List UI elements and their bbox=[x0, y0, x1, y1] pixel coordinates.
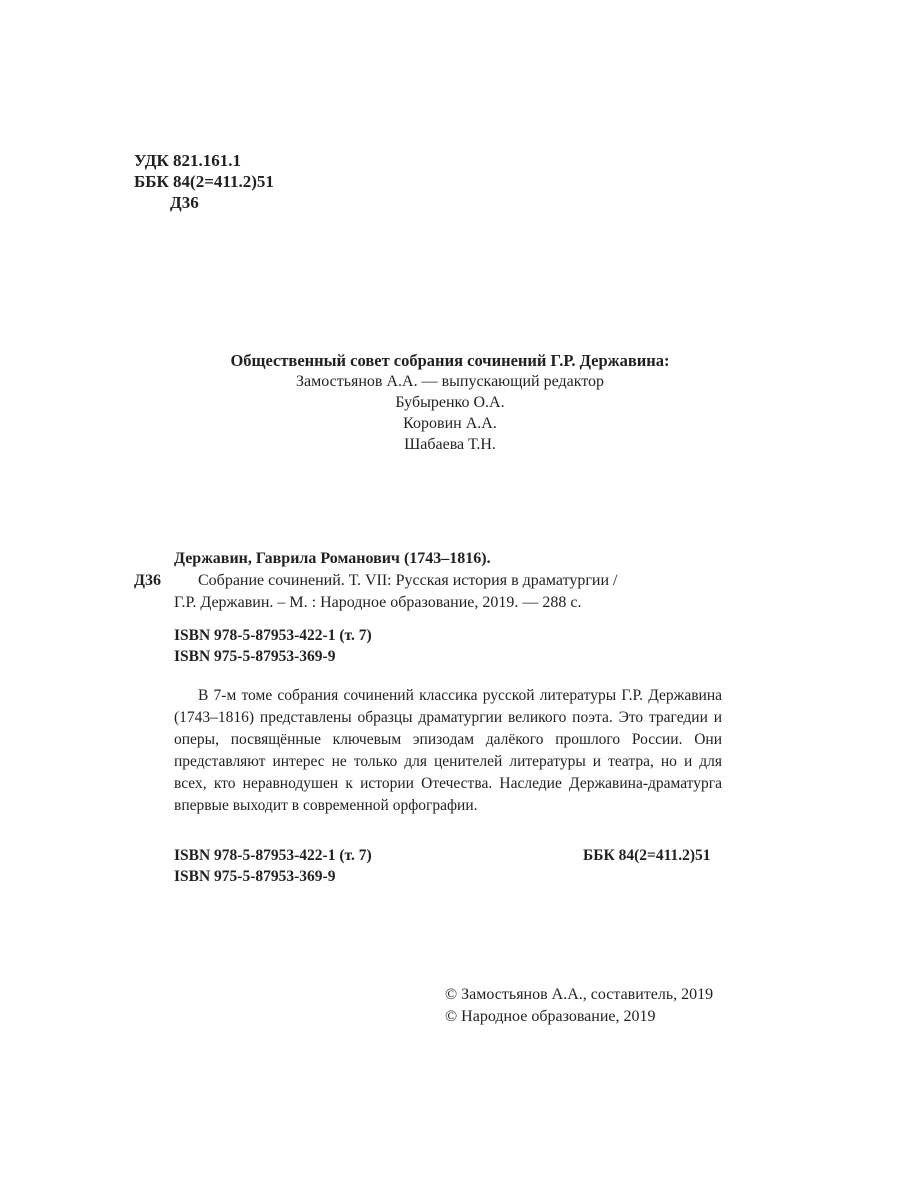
council-member: Замостьянов А.А. — выпускающий редактор bbox=[150, 371, 750, 392]
council-member: Бубыренко О.А. bbox=[150, 392, 750, 413]
council-member: Коровин А.А. bbox=[150, 413, 750, 434]
imprint-line: Г.Р. Державин. – М. : Народное образован… bbox=[174, 592, 754, 614]
title-line: Собрание сочинений. Т. VII: Русская исто… bbox=[174, 570, 754, 592]
isbn-set: ISBN 975-5-87953-369-9 bbox=[174, 646, 372, 667]
council-heading: Общественный совет собрания сочинений Г.… bbox=[150, 350, 750, 371]
copyright-compiler: © Замостьянов А.А., составитель, 2019 bbox=[445, 984, 713, 1006]
bibliographic-record: Державин, Гаврила Романович (1743–1816).… bbox=[134, 548, 754, 614]
copyright-publisher: © Народное образование, 2019 bbox=[445, 1006, 713, 1028]
isbn-volume: ISBN 978-5-87953-422-1 (т. 7) bbox=[174, 625, 372, 646]
isbn-volume: ISBN 978-5-87953-422-1 (т. 7) bbox=[174, 845, 372, 866]
author-mark: Д36 bbox=[134, 192, 274, 213]
isbn-block-bottom: ISBN 978-5-87953-422-1 (т. 7) ISBN 975-5… bbox=[174, 845, 372, 887]
isbn-set: ISBN 975-5-87953-369-9 bbox=[174, 866, 372, 887]
isbn-block-top: ISBN 978-5-87953-422-1 (т. 7) ISBN 975-5… bbox=[174, 625, 372, 667]
author-heading: Державин, Гаврила Романович (1743–1816). bbox=[174, 548, 754, 570]
author-mark-side: Д36 bbox=[134, 570, 174, 592]
annotation: В 7-м томе собрания сочинений классика р… bbox=[174, 685, 722, 817]
udk-code: УДК 821.161.1 bbox=[134, 150, 274, 171]
bbk-code: ББК 84(2=411.2)51 bbox=[134, 171, 274, 192]
bbk-footer: ББК 84(2=411.2)51 bbox=[583, 845, 711, 866]
copyright-block: © Замостьянов А.А., составитель, 2019 © … bbox=[445, 984, 713, 1028]
editorial-council: Общественный совет собрания сочинений Г.… bbox=[150, 350, 750, 455]
classification-codes: УДК 821.161.1 ББК 84(2=411.2)51 Д36 bbox=[134, 150, 274, 213]
council-member: Шабаева Т.Н. bbox=[150, 434, 750, 455]
